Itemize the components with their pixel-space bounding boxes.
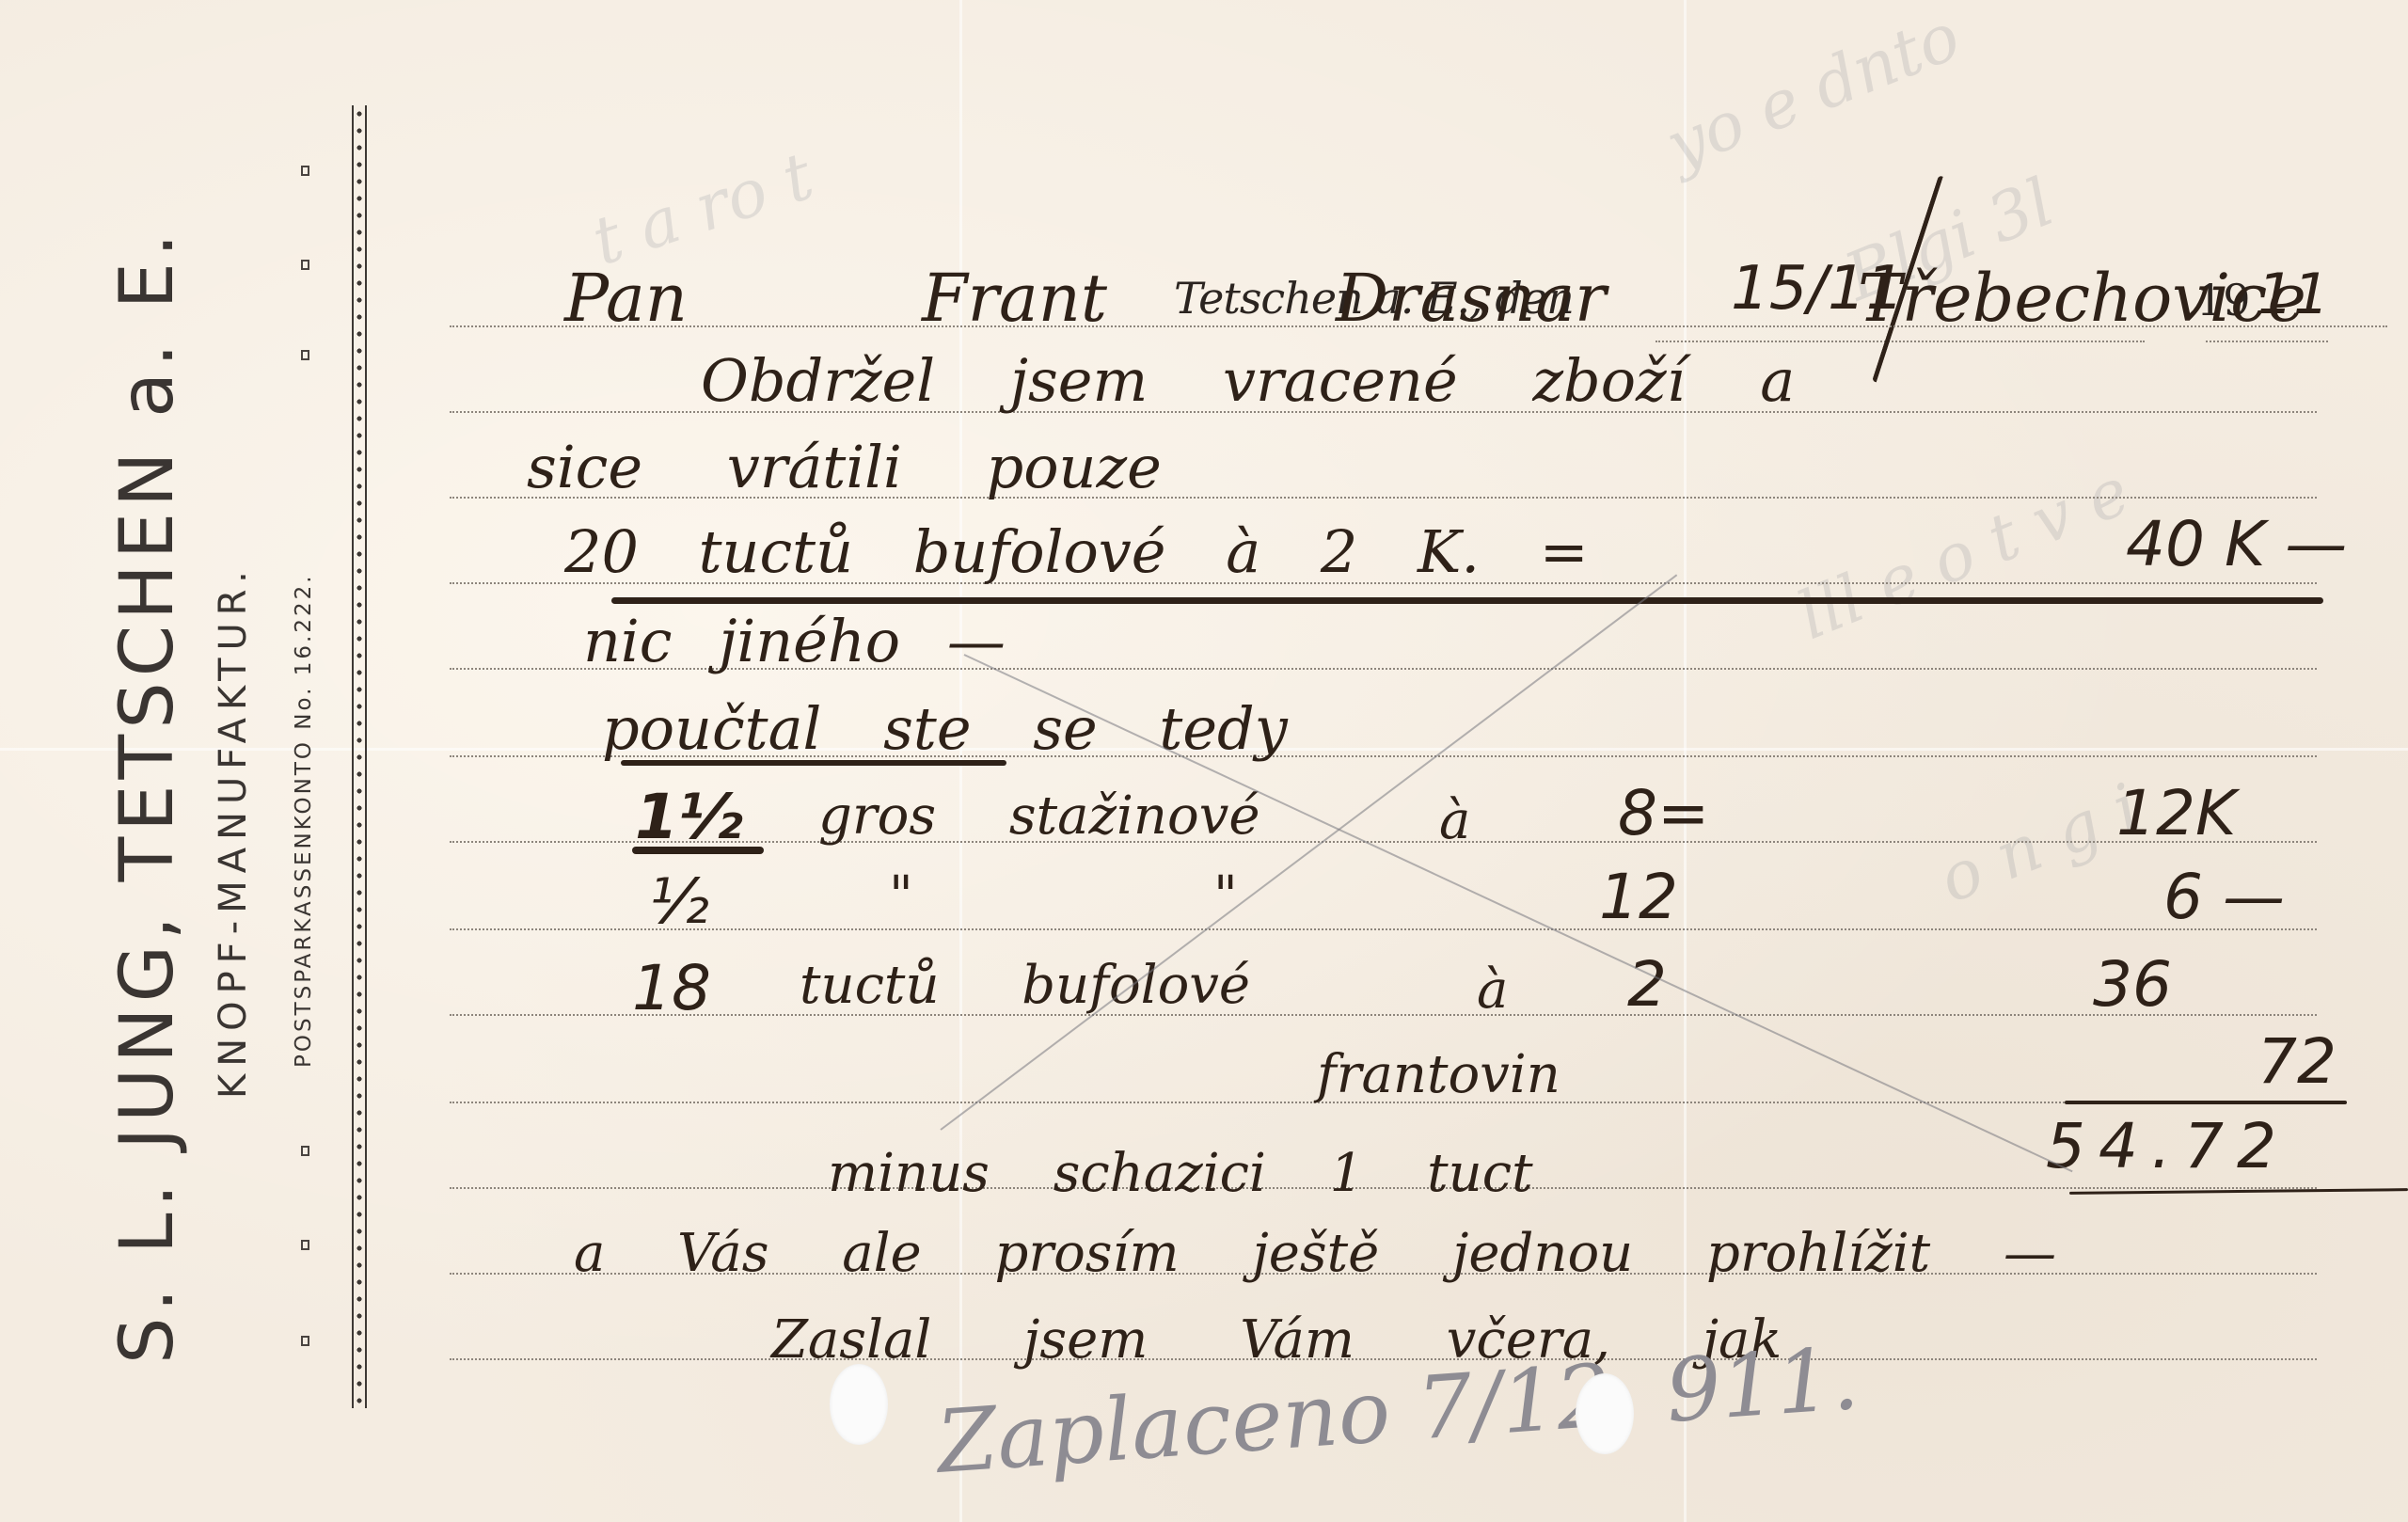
ink-underline	[611, 597, 2323, 604]
total-underline	[2069, 1188, 2408, 1195]
body-line-5: poučtal ste se tedy	[602, 694, 1288, 763]
ink-underline	[621, 760, 1006, 766]
frantovin-amount: 72	[2257, 1025, 2337, 1098]
salutation: Pan	[564, 260, 688, 337]
item-rate: 12	[1599, 861, 1678, 933]
ornament-square-icon	[301, 350, 309, 360]
ornament-square-icon	[301, 1240, 309, 1250]
letterhead-subtitle: KNOPF-MANUFAKTUR.	[212, 563, 255, 1099]
addressee-surname: Drasnar	[1336, 260, 1607, 337]
ornament-square-icon	[301, 260, 309, 270]
ornament-square-icon	[301, 1146, 309, 1156]
item-amount: 36	[2093, 948, 2172, 1021]
body-line-3-quantity: 20 tuctů bufolové à 2 K. =	[564, 517, 1589, 586]
item-rate-prefix: à	[1477, 959, 1508, 1021]
date-dotted-line	[1655, 341, 2145, 342]
addressee-town: Třebechovice	[1858, 260, 2306, 337]
item-qty: ½	[649, 865, 709, 938]
body-line-4: nic jiného —	[583, 607, 1006, 675]
pencil-cross-stroke	[940, 574, 1677, 1130]
fold-crease	[1684, 0, 1687, 1522]
item-description: tuctů bufolové	[800, 955, 1250, 1016]
body-line-3-amount: 40 K —	[2126, 508, 2347, 580]
letter-paper: yo e dnto Blgi 3l t a ro t lll e o t v e…	[0, 0, 2408, 1522]
ink-fraction-bar	[632, 847, 764, 854]
letterhead-firm-name: S. L. JUNG, TETSCHEN a. E.	[105, 228, 190, 1364]
ornament-square-icon	[301, 1336, 309, 1346]
ruled-line	[450, 1014, 2317, 1016]
addressee-first-name: Frant	[922, 260, 1107, 337]
item-rate: 8=	[1618, 777, 1709, 849]
body-line-2: sice vrátili pouze	[527, 433, 1162, 501]
item-rate-prefix: à	[1439, 790, 1470, 851]
body-line-1: Obdržel jsem vracené zboží a	[701, 346, 1795, 415]
ruled-line	[450, 928, 2317, 930]
bleed-through-text: yo e dnto	[1655, 0, 1971, 184]
item-rate-prefix-ditto: "	[1213, 865, 1238, 927]
punch-hole	[1576, 1373, 1634, 1454]
item-description-ditto: "	[889, 865, 913, 927]
item-qty: 18	[632, 952, 711, 1024]
item-description: gros stažinové	[818, 785, 1259, 847]
punch-hole	[830, 1364, 888, 1445]
footer-request-line: Vás ale prosím ještě jednou prohlížit —	[677, 1223, 2056, 1284]
bleed-through-text: lll e o t v e	[1787, 452, 2140, 655]
footer-minus-line: minus schazici 1 tuct	[828, 1143, 1533, 1204]
footer-request-prefix: a	[574, 1223, 605, 1284]
sum-line	[2065, 1101, 2347, 1104]
item-rate: 2	[1627, 948, 1667, 1021]
ornament-square-icon	[301, 166, 309, 176]
item-qty: 1½	[635, 781, 742, 853]
grand-total: 54.72	[2046, 1110, 2289, 1182]
year-dotted-line	[2206, 341, 2328, 342]
frantovin-label: frantovin	[1317, 1044, 1560, 1105]
ornamental-dotted-border	[352, 105, 367, 1408]
letterhead-postal-account: POSTSPARKASSENKONTO No. 16.222.	[292, 573, 316, 1068]
item-amount: 6 —	[2163, 861, 2285, 933]
item-amount: 12K	[2116, 777, 2236, 849]
